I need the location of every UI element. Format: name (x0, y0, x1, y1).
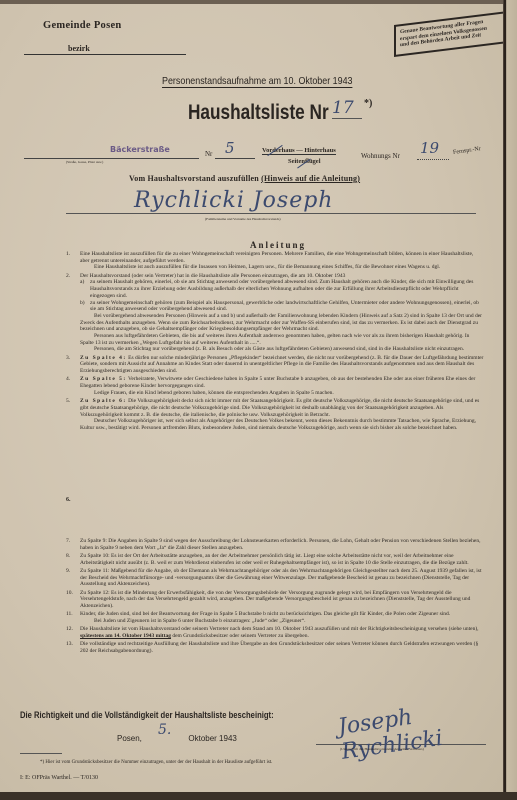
item-number: 6. (66, 497, 71, 503)
instruction-item: 11. Kinder, die Juden sind, sind bei der… (66, 611, 484, 624)
municipality-heading: Gemeinde Posen (43, 20, 122, 31)
signature-label: (Unterschrift des Haushaltsvorstands ode… (340, 747, 424, 751)
house-number-line (215, 158, 255, 159)
household-head-name-label: (Familienname und Vorname des Haushaltsv… (205, 217, 281, 221)
sub-item-a: a)zu seinem Haushalt gehören, einerlei, … (80, 279, 484, 299)
apartment-line (417, 159, 449, 160)
street-label: (Straße, Gasse, Platz usw.) (66, 160, 103, 164)
instruction-item: 13. Die vollständige und rechtzeitige Au… (66, 641, 484, 654)
instruction-item: 10. Zu Spalte 12: Es ist die Minderung d… (66, 590, 484, 610)
item-text: zu seiner Wohngemeinschaft gehören (zum … (90, 300, 479, 313)
month-year: Oktober 1943 (188, 734, 236, 743)
form-code: I: E: OFPräs Warthel. — T/0130 (20, 775, 98, 781)
item-text: Es dürfen nur solche minderjährige Perso… (80, 355, 483, 374)
place: Posen, (117, 734, 142, 743)
date-day-field[interactable]: 5. (158, 722, 171, 738)
instruction-item: 3. Zu Spalte 4: Es dürfen nur solche min… (66, 355, 484, 375)
item-label: Zu Spalte 10: (80, 553, 110, 559)
name-line (66, 213, 476, 214)
item-number: 12. (66, 626, 73, 633)
item-text: Die vollständige und rechtzeitige Ausfül… (80, 641, 478, 654)
deadline-text: spätestens am 14. Oktober 1943 mittag (80, 633, 171, 639)
district-label: bezirk (68, 44, 90, 53)
apartment-number-field[interactable]: 19 (420, 139, 439, 157)
instruction-item: 7. Zu Spalte 9: Die Angaben in Spalte 9 … (66, 538, 484, 551)
item-number: 5. (66, 398, 70, 405)
item-number: 1. (66, 251, 70, 258)
item-number: 8. (66, 553, 70, 560)
instruction-item: 5. Zu Spalte 6: Die Volkszugehörigkeit d… (66, 398, 484, 432)
item-number: 13. (66, 641, 73, 648)
instruction-item: 9. Zu Spalte 11: Maßgebend für die Angab… (66, 568, 484, 588)
item-text: Die Angaben in Spalte 9 sind wegen der A… (80, 538, 480, 551)
signature-field[interactable]: Joseph Rychlicki (337, 693, 503, 765)
item-text: Eine Haushaltsliste ist auch auszufüllen… (80, 264, 484, 271)
item-text: dem Grundstücksbesitzer oder seinem Vert… (172, 633, 309, 639)
instruction-item: 8. Zu Spalte 10: Es ist der Ort der Arbe… (66, 553, 484, 566)
item-label: Zu Spalte 9: (80, 538, 107, 544)
footnote: *) Hier ist vom Grundstücksbesitzer die … (40, 760, 272, 765)
item-number: 3. (66, 355, 70, 362)
certification-statement: Die Richtigkeit und die Vollständigkeit … (20, 710, 274, 720)
item-number: 4. (66, 376, 70, 383)
item-text: Der Haushaltsvorstand (oder sein Vertret… (80, 273, 484, 280)
item-number: 10. (66, 590, 73, 597)
list-number-field[interactable]: 17 (332, 98, 362, 119)
sub-item-b: b)zu seiner Wohngemeinschaft gehören (zu… (80, 300, 484, 313)
footnote-marker: *) (364, 98, 372, 109)
instructions-list: 1. Eine Haushaltsliste ist auszufüllen f… (66, 251, 484, 433)
instruction-item: 4. Zu Spalte 5: Verheiratete, Verwitwete… (66, 376, 484, 396)
instruction-item: 2. Der Haushaltsvorstand (oder sein Vert… (66, 273, 484, 353)
item-label: Zu Spalte 5: (80, 376, 127, 382)
household-head-name-field[interactable]: Rychlicki Joseph (134, 188, 333, 213)
item-text: Personen, die am Stichtag nur vorübergeh… (80, 346, 484, 353)
instructions-heading: Anleitung (250, 240, 306, 250)
item-label: Zu Spalte 12: (80, 590, 110, 596)
house-number-field[interactable]: 5 (225, 139, 235, 157)
document-page: Gemeinde Posen bezirk Genaue Beantwortun… (0, 0, 503, 792)
street-line (24, 158, 199, 159)
phone-label: Fernspr.-Nr (453, 146, 481, 156)
item-text: Deutscher Volkszugehöriger ist, wer sich… (80, 418, 484, 431)
item-text: Maßgebend für die Angabe, ob der Ehemann… (80, 568, 481, 587)
item-label: Zu Spalte 4: (80, 355, 127, 361)
item-text: Kinder, die Juden sind, sind bei der Bea… (80, 611, 450, 617)
census-title: Personenstandsaufnahme am 10. Oktober 19… (162, 75, 353, 88)
top-shadow (0, 0, 503, 4)
item-text: Die Volkszugehörigkeit deckt sich nicht … (80, 398, 479, 417)
apartment-label: Wohnungs Nr (361, 152, 400, 160)
instruction-item: 12. Die Haushaltsliste ist vom Haushalts… (66, 626, 484, 639)
house-number-label: Nr (205, 150, 212, 158)
notice-box: Genaue Beantwortung aller Fragen erspart… (394, 10, 503, 57)
item-label: Zu Spalte 6: (80, 398, 127, 404)
district-line (24, 53, 186, 55)
item-text: Bei Juden und Zigeunern ist in Spalte 6 … (80, 618, 484, 625)
footnote-rule (20, 753, 62, 754)
binding-edge (504, 0, 506, 800)
instruction-item: 1. Eine Haushaltsliste ist auszufüllen f… (66, 251, 484, 271)
item-text: Verheiratete, Verwitwete oder Geschieden… (80, 376, 475, 389)
street-field[interactable]: Bäckerstraße (110, 145, 170, 154)
place-date: Posen, Oktober 1943 (117, 734, 237, 743)
fill-instruction-text: Vom Haushaltsvorstand auszufüllen (129, 174, 259, 183)
item-number: 11. (66, 611, 73, 618)
item-text: Es ist die Minderung der Erwerbsfähigkei… (80, 590, 470, 609)
item-text: Es ist der Ort der Arbeitsstätte anzugeb… (80, 553, 469, 566)
fill-instruction: Vom Haushaltsvorstand auszufüllen (Hinwe… (129, 174, 360, 183)
fill-instruction-ref: (Hinweis auf die Anleitung) (261, 174, 360, 183)
item-text: Die Haushaltsliste ist vom Haushaltsvors… (80, 626, 479, 632)
item-text: Bei vorübergehend abwesenden Personen (H… (80, 313, 484, 333)
instructions-list-continued: 7. Zu Spalte 9: Die Angaben in Spalte 9 … (66, 538, 484, 656)
item-text: Ledige Frauen, die ein Kind lebend gebor… (80, 390, 484, 397)
item-text: Eine Haushaltsliste ist auszufüllen für … (80, 251, 484, 264)
item-number: 2. (66, 273, 70, 280)
bottom-shadow (0, 792, 517, 800)
item-number: 9. (66, 568, 70, 575)
item-text: Personen aus luftgefährdeten Gebieten, d… (80, 333, 484, 346)
item-label: Zu Spalte 11: (80, 568, 109, 574)
item-number: 7. (66, 538, 70, 545)
item-text: zu seinem Haushalt gehören, einerlei, ob… (90, 279, 473, 298)
page-title: Haushaltsliste Nr (188, 101, 329, 125)
